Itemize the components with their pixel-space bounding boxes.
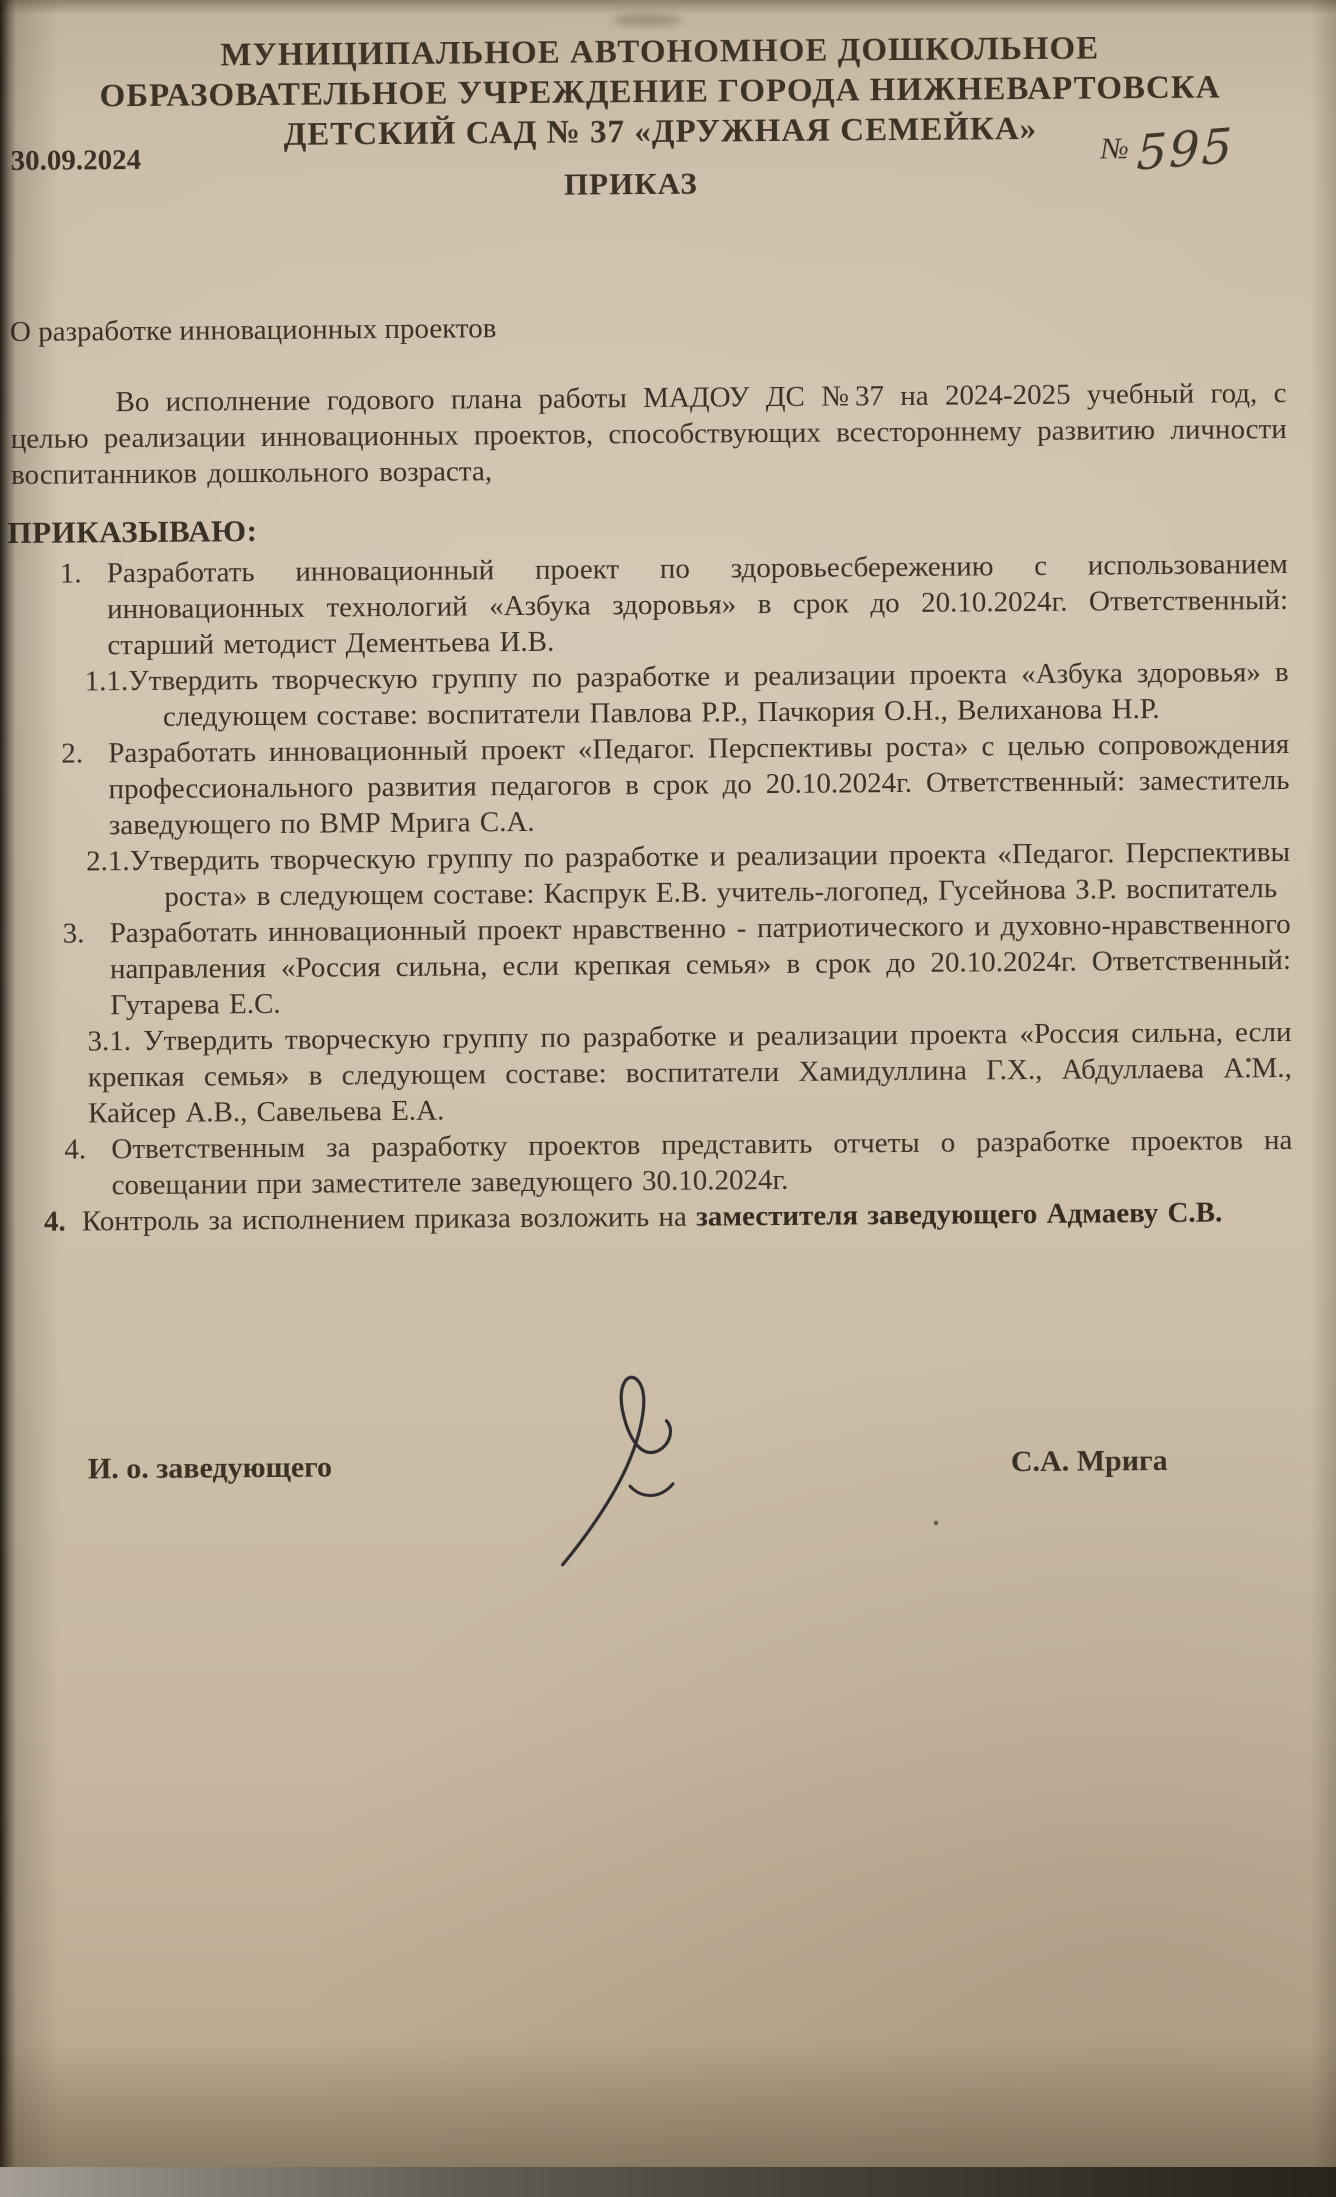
item-number: 3.1. xyxy=(87,1025,143,1057)
order-item-2: 2. Разработать инновационный проект «Пед… xyxy=(108,726,1290,843)
signer-name: С.А. Мрига xyxy=(1011,1444,1168,1479)
order-keyword: ПРИКАЗЫВАЮ: xyxy=(7,505,1287,551)
scan-right-edge xyxy=(1310,0,1336,2197)
item-text-bold: заместителя заведующего Адмаеву С.В. xyxy=(696,1197,1222,1233)
item-text: Утвердить творческую группу по разработк… xyxy=(88,1016,1292,1129)
item-text: Контроль за исполнением приказа возложит… xyxy=(82,1201,696,1238)
scan-top-edge xyxy=(0,0,1336,14)
item-number: 1.1. xyxy=(85,665,129,697)
item-text: Утвердить творческую группу по разработк… xyxy=(128,656,1289,733)
item-text: Утвердить творческую группу по разработк… xyxy=(129,836,1290,913)
order-item-2-1: 2.1.Утвердить творческую группу по разра… xyxy=(164,834,1291,915)
document-body: Во исполнение годового плана работы МАДО… xyxy=(10,375,1293,1240)
scan-bottom-shadow xyxy=(0,2039,1336,2169)
order-item-3: 3. Разработать инновационный проект нрав… xyxy=(110,906,1292,1023)
signer-position: И. о. заведующего xyxy=(88,1451,332,1487)
scanned-order-document: МУНИЦИПАЛЬНОЕ АВТОНОМНОЕ ДОШКОЛЬНОЕ ОБРА… xyxy=(0,0,1336,2197)
preamble-paragraph: Во исполнение годового плана работы МАДО… xyxy=(10,375,1287,493)
document-page: МУНИЦИПАЛЬНОЕ АВТОНОМНОЕ ДОШКОЛЬНОЕ ОБРА… xyxy=(0,0,1336,2197)
item-number: 4. xyxy=(64,1131,86,1167)
item-number: 2.1. xyxy=(86,845,130,877)
document-subject: О разработке инновационных проектов xyxy=(10,312,497,349)
scan-speck xyxy=(934,1521,938,1525)
item-text: Разработать инновационный проект «Педаго… xyxy=(108,728,1289,841)
document-title: ПРИКАЗ xyxy=(0,161,1269,207)
item-text: Разработать инновационный проект по здор… xyxy=(107,548,1288,661)
item-number: 1. xyxy=(60,555,82,591)
order-item-3-1: 3.1. Утвердить творческую группу по разр… xyxy=(87,1014,1292,1131)
item-number: 2. xyxy=(61,735,83,771)
number-sign: № xyxy=(1100,132,1129,165)
order-item-1-1: 1.1.Утвердить творческую группу по разра… xyxy=(163,654,1290,735)
scan-smudge xyxy=(612,14,682,26)
scan-left-edge xyxy=(0,0,16,2197)
handwritten-signature xyxy=(547,1367,719,1568)
order-item-1: 1. Разработать инновационный проект по з… xyxy=(107,546,1289,663)
item-number: 3. xyxy=(63,915,85,951)
item-text: Разработать инновационный проект нравств… xyxy=(110,908,1291,1021)
order-items-list: 1. Разработать инновационный проект по з… xyxy=(12,546,1293,1240)
scan-bottom-edge xyxy=(0,2167,1336,2197)
order-item-4: 4. Ответственным за разработку проектов … xyxy=(111,1122,1293,1203)
scan-speck xyxy=(1246,1058,1251,1062)
item-text: Ответственным за разработку проектов пре… xyxy=(111,1124,1292,1201)
